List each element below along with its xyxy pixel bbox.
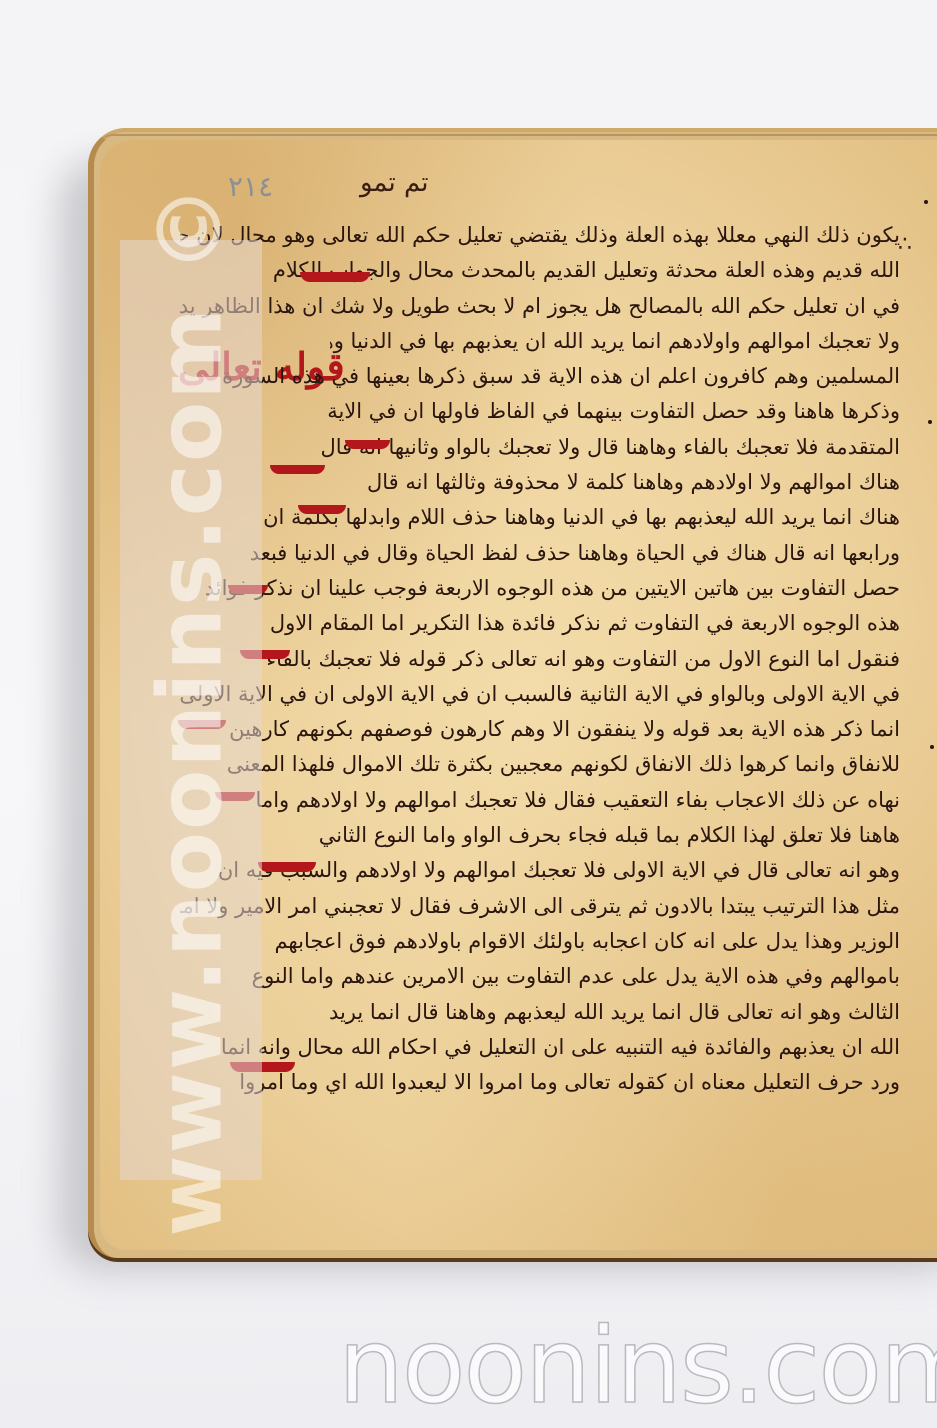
text-line: الثالث وهو انه تعالى قال انما يريد الله … <box>180 995 900 1030</box>
rubric-stroke <box>298 505 346 514</box>
text-line: نهاه عن ذلك الاعجاب بفاء التعقيب فقال فل… <box>180 783 900 818</box>
rubric-stroke <box>258 862 316 872</box>
text-line: في الاية الاولى وبالواو في الاية الثانية… <box>180 677 900 712</box>
text-line: انما ذكر هذه الاية بعد قوله ولا ينفقون ا… <box>180 712 900 747</box>
text-line: المسلمين وهم كافرون اعلم ان هذه الاية قد… <box>180 359 900 394</box>
margin-dot <box>924 200 928 204</box>
text-line: للانفاق وانما كرهوا ذلك الانفاق لكونهم م… <box>180 747 900 782</box>
margin-dots: ∴ <box>898 232 912 257</box>
text-line: الله ان يعذبهم والفائدة فيه التنبيه على … <box>180 1030 900 1065</box>
text-line: حصل التفاوت بين هاتين الايتين من هذه الو… <box>180 571 900 606</box>
rubric-stroke <box>345 440 390 449</box>
text-line: في ان تعليل حكم الله بالمصالح هل يجوز ام… <box>180 289 900 324</box>
text-line: الوزير وهذا يدل على انه كان اعجابه باولئ… <box>180 924 900 959</box>
margin-dot <box>930 745 934 749</box>
text-line: هناك انما يريد الله ليعذبهم بها في الدني… <box>180 500 900 535</box>
text-line: يكون ذلك النهي معللا بهذه العلة وذلك يقت… <box>180 218 900 253</box>
text-line: باموالهم وفي هذه الاية يدل على عدم التفا… <box>180 959 900 994</box>
top-note: تم تمو <box>360 168 429 198</box>
text-line: هاهنا فلا تعلق لهذا الكلام بما قبله فجاء… <box>180 818 900 853</box>
text-line: ورابعها انه قال هناك في الحياة وهاهنا حذ… <box>180 536 900 571</box>
text-line: المتقدمة فلا تعجبك بالفاء وهاهنا قال ولا… <box>180 430 900 465</box>
text-line: فنقول اما النوع الاول من التفاوت وهو انه… <box>180 642 900 677</box>
text-line: مثل هذا الترتيب يبتدا بالادون ثم يترقى ا… <box>180 889 900 924</box>
text-line: هذه الوجوه الاربعة في التفاوت ثم نذكر فا… <box>180 606 900 641</box>
rubric-stroke <box>300 272 370 282</box>
text-line: ولا تعجبك اموالهم واولادهم انما يريد الل… <box>330 324 900 359</box>
rubric-stroke <box>270 465 325 474</box>
text-line: الله قديم وهذه العلة محدثة وتعليل القديم… <box>180 253 900 288</box>
margin-dot <box>928 420 932 424</box>
text-line: وذكرها هاهنا وقد حصل التفاوت بينهما في ا… <box>180 394 900 429</box>
manuscript-text: يكون ذلك النهي معللا بهذه العلة وذلك يقت… <box>180 218 900 1100</box>
watermark-vertical: www.noonins.com © <box>139 183 242 1236</box>
watermark-bottom: noonins.com <box>338 1305 937 1427</box>
